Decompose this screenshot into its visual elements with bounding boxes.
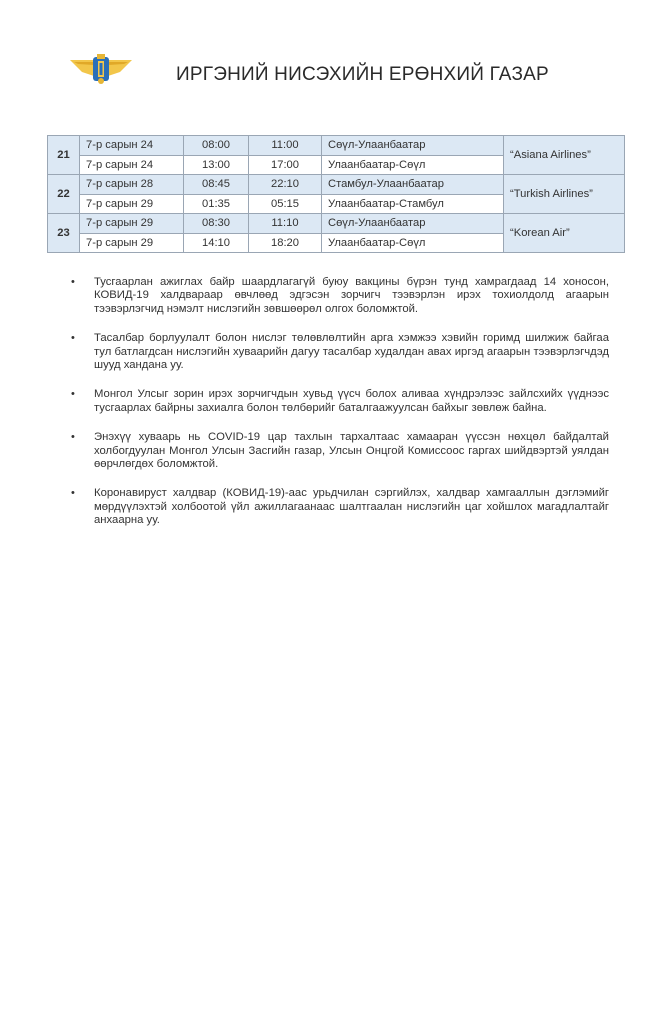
note-text: Тусгаарлан ажиглах байр шаардлагагүй бую… bbox=[94, 276, 609, 315]
note-text: Энэхүү хуваарь нь COVID-19 цар тахлын та… bbox=[94, 431, 609, 470]
bullet-icon: • bbox=[71, 388, 75, 401]
arrival-time: 11:00 bbox=[249, 136, 322, 156]
departure-time: 08:45 bbox=[184, 175, 249, 195]
bullet-icon: • bbox=[71, 276, 75, 289]
flight-route: Улаанбаатар-Сөүл bbox=[322, 155, 504, 175]
departure-time: 08:00 bbox=[184, 136, 249, 156]
airline-name: “Korean Air” bbox=[504, 214, 625, 253]
bullet-icon: • bbox=[71, 332, 75, 345]
list-item: •Тасалбар борлуулалт болон нислэг төлөвл… bbox=[94, 332, 609, 372]
table-row: 217-р сарын 2408:0011:00Сөүл-Улаанбаатар… bbox=[48, 136, 625, 156]
bullet-icon: • bbox=[71, 431, 75, 444]
civil-aviation-emblem-icon bbox=[70, 52, 132, 86]
flight-number: 23 bbox=[48, 214, 80, 253]
airline-name: “Turkish Airlines” bbox=[504, 175, 625, 214]
bullet-icon: • bbox=[71, 487, 75, 500]
note-text: Монгол Улсыг зорин ирэх зорчигчдын хувьд… bbox=[94, 388, 609, 413]
flight-schedule-table: 217-р сарын 2408:0011:00Сөүл-Улаанбаатар… bbox=[47, 135, 625, 253]
departure-time: 13:00 bbox=[184, 155, 249, 175]
table-row: 237-р сарын 2908:3011:10Сөүл-Улаанбаатар… bbox=[48, 214, 625, 234]
notes-list: •Тусгаарлан ажиглах байр шаардлагагүй бу… bbox=[94, 276, 609, 544]
arrival-time: 17:00 bbox=[249, 155, 322, 175]
note-text: Коронавируст халдвар (КОВИД-19)-аас урьд… bbox=[94, 487, 609, 526]
flight-route: Сөүл-Улаанбаатар bbox=[322, 214, 504, 234]
list-item: •Коронавируст халдвар (КОВИД-19)-аас урь… bbox=[94, 487, 609, 527]
flight-number: 22 bbox=[48, 175, 80, 214]
table-row: 227-р сарын 2808:4522:10Стамбул-Улаанбаа… bbox=[48, 175, 625, 195]
departure-time: 08:30 bbox=[184, 214, 249, 234]
list-item: •Энэхүү хуваарь нь COVID-19 цар тахлын т… bbox=[94, 431, 609, 471]
list-item: •Тусгаарлан ажиглах байр шаардлагагүй бу… bbox=[94, 276, 609, 316]
page-header: ИРГЭНИЙ НИСЭХИЙН ЕРӨНХИЙ ГАЗАР bbox=[0, 0, 672, 110]
arrival-time: 11:10 bbox=[249, 214, 322, 234]
arrival-time: 05:15 bbox=[249, 194, 322, 214]
airline-name: “Asiana Airlines” bbox=[504, 136, 625, 175]
flight-route: Улаанбаатар-Сөүл bbox=[322, 233, 504, 253]
page-title: ИРГЭНИЙ НИСЭХИЙН ЕРӨНХИЙ ГАЗАР bbox=[176, 64, 549, 86]
arrival-time: 18:20 bbox=[249, 233, 322, 253]
flight-route: Сөүл-Улаанбаатар bbox=[322, 136, 504, 156]
departure-time: 14:10 bbox=[184, 233, 249, 253]
flight-route: Улаанбаатар-Стамбул bbox=[322, 194, 504, 214]
flight-date: 7-р сарын 29 bbox=[80, 194, 184, 214]
flight-date: 7-р сарын 24 bbox=[80, 155, 184, 175]
departure-time: 01:35 bbox=[184, 194, 249, 214]
flight-date: 7-р сарын 28 bbox=[80, 175, 184, 195]
arrival-time: 22:10 bbox=[249, 175, 322, 195]
flight-date: 7-р сарын 24 bbox=[80, 136, 184, 156]
note-text: Тасалбар борлуулалт болон нислэг төлөвлө… bbox=[94, 332, 609, 371]
list-item: •Монгол Улсыг зорин ирэх зорчигчдын хувь… bbox=[94, 388, 609, 415]
flight-date: 7-р сарын 29 bbox=[80, 214, 184, 234]
flight-route: Стамбул-Улаанбаатар bbox=[322, 175, 504, 195]
flight-date: 7-р сарын 29 bbox=[80, 233, 184, 253]
flight-number: 21 bbox=[48, 136, 80, 175]
